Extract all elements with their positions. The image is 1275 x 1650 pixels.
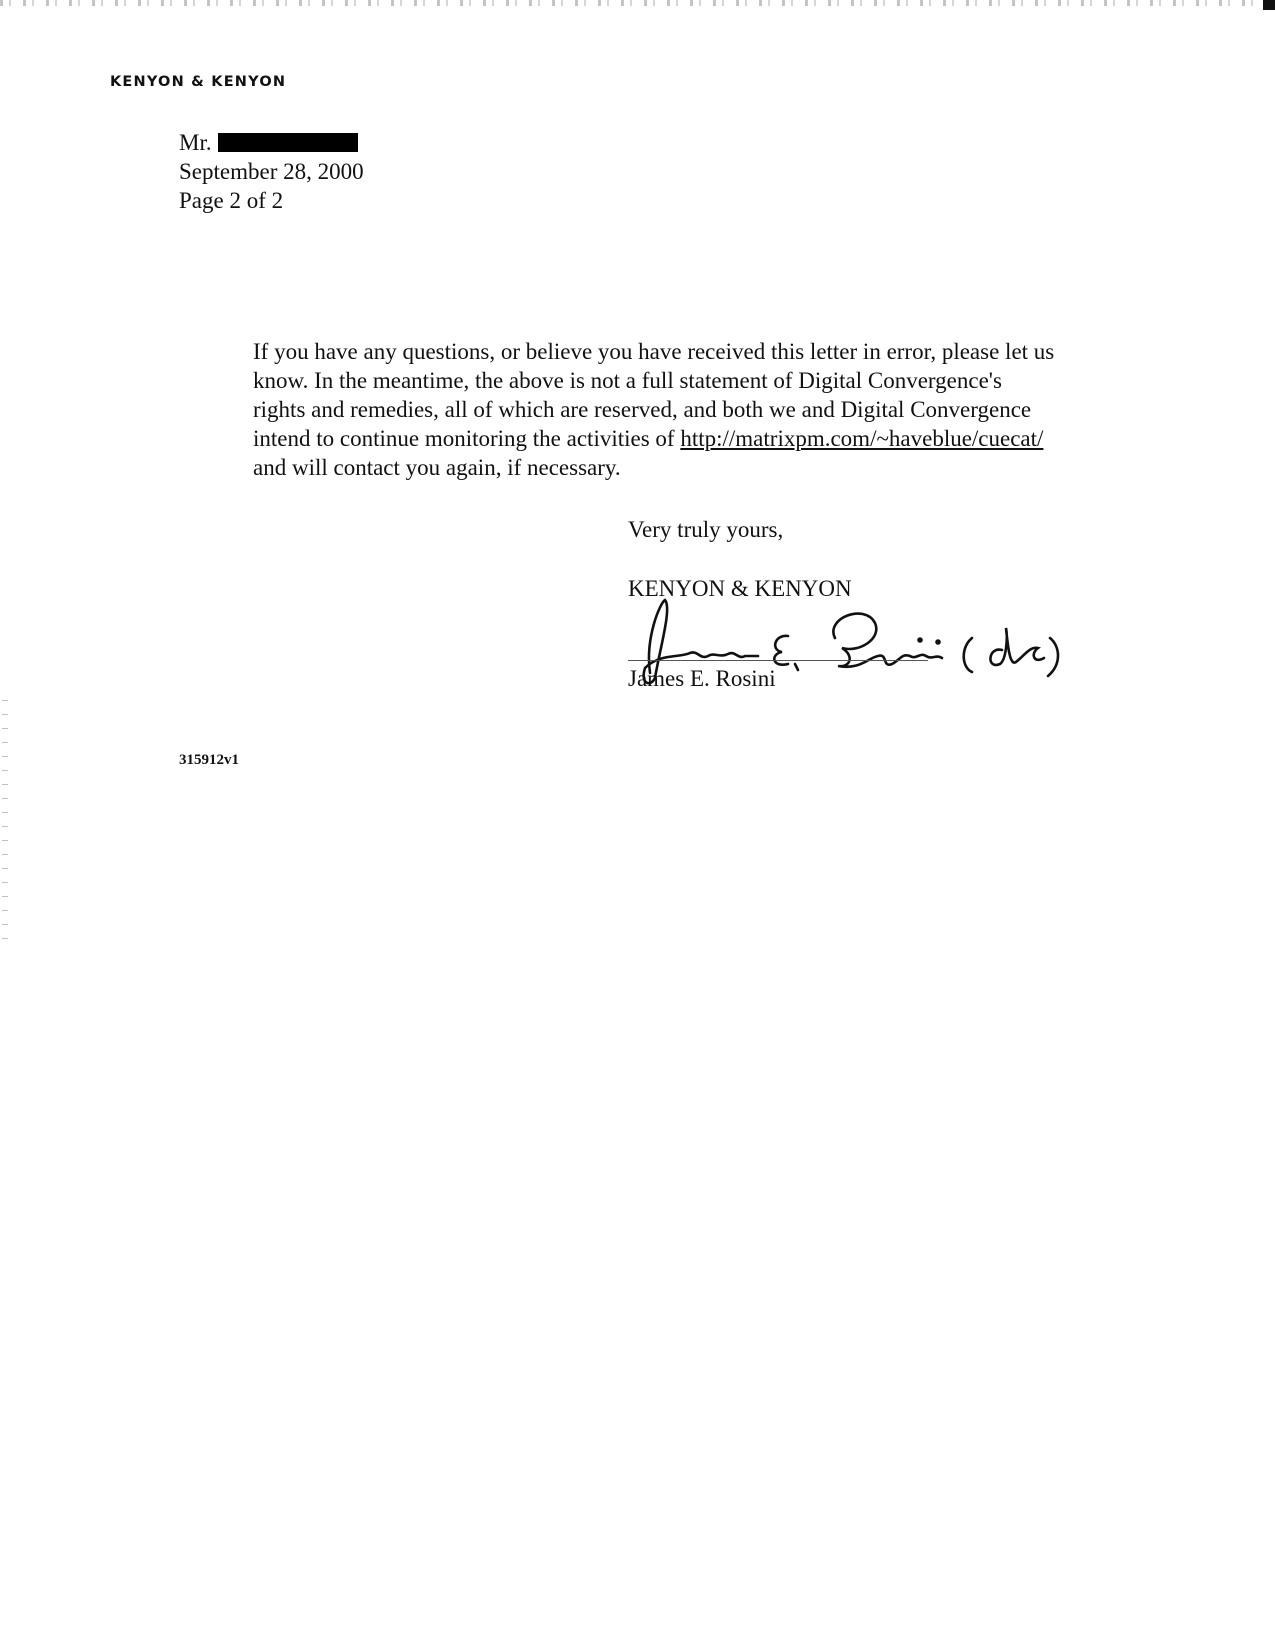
letter-header-block: Mr. September 28, 2000 Page 2 of 2 bbox=[179, 128, 364, 215]
redacted-recipient-name bbox=[218, 133, 358, 152]
letter-body: If you have any questions, or believe yo… bbox=[179, 337, 1059, 482]
signer-name: James E. Rosini bbox=[628, 664, 776, 693]
website-link[interactable]: http://matrixpm.com/~haveblue/cuecat/ bbox=[680, 426, 1043, 451]
letter-date: September 28, 2000 bbox=[179, 157, 364, 186]
body-paragraph: If you have any questions, or believe yo… bbox=[179, 337, 1059, 482]
salutation-prefix: Mr. bbox=[179, 130, 212, 155]
letterhead-firm-name: KENYON & KENYON bbox=[110, 74, 286, 90]
valediction: Very truly yours, bbox=[628, 515, 783, 544]
scan-artifact-top bbox=[0, 0, 1275, 6]
document-reference-number: 315912v1 bbox=[179, 752, 239, 769]
body-text-after-link: and will contact you again, if necessary… bbox=[253, 455, 621, 480]
scan-corner-mark bbox=[1263, 0, 1275, 10]
scan-artifact-margin bbox=[2, 700, 8, 940]
signature-line bbox=[628, 660, 928, 661]
recipient-line: Mr. bbox=[179, 128, 364, 157]
page-number: Page 2 of 2 bbox=[179, 186, 364, 215]
